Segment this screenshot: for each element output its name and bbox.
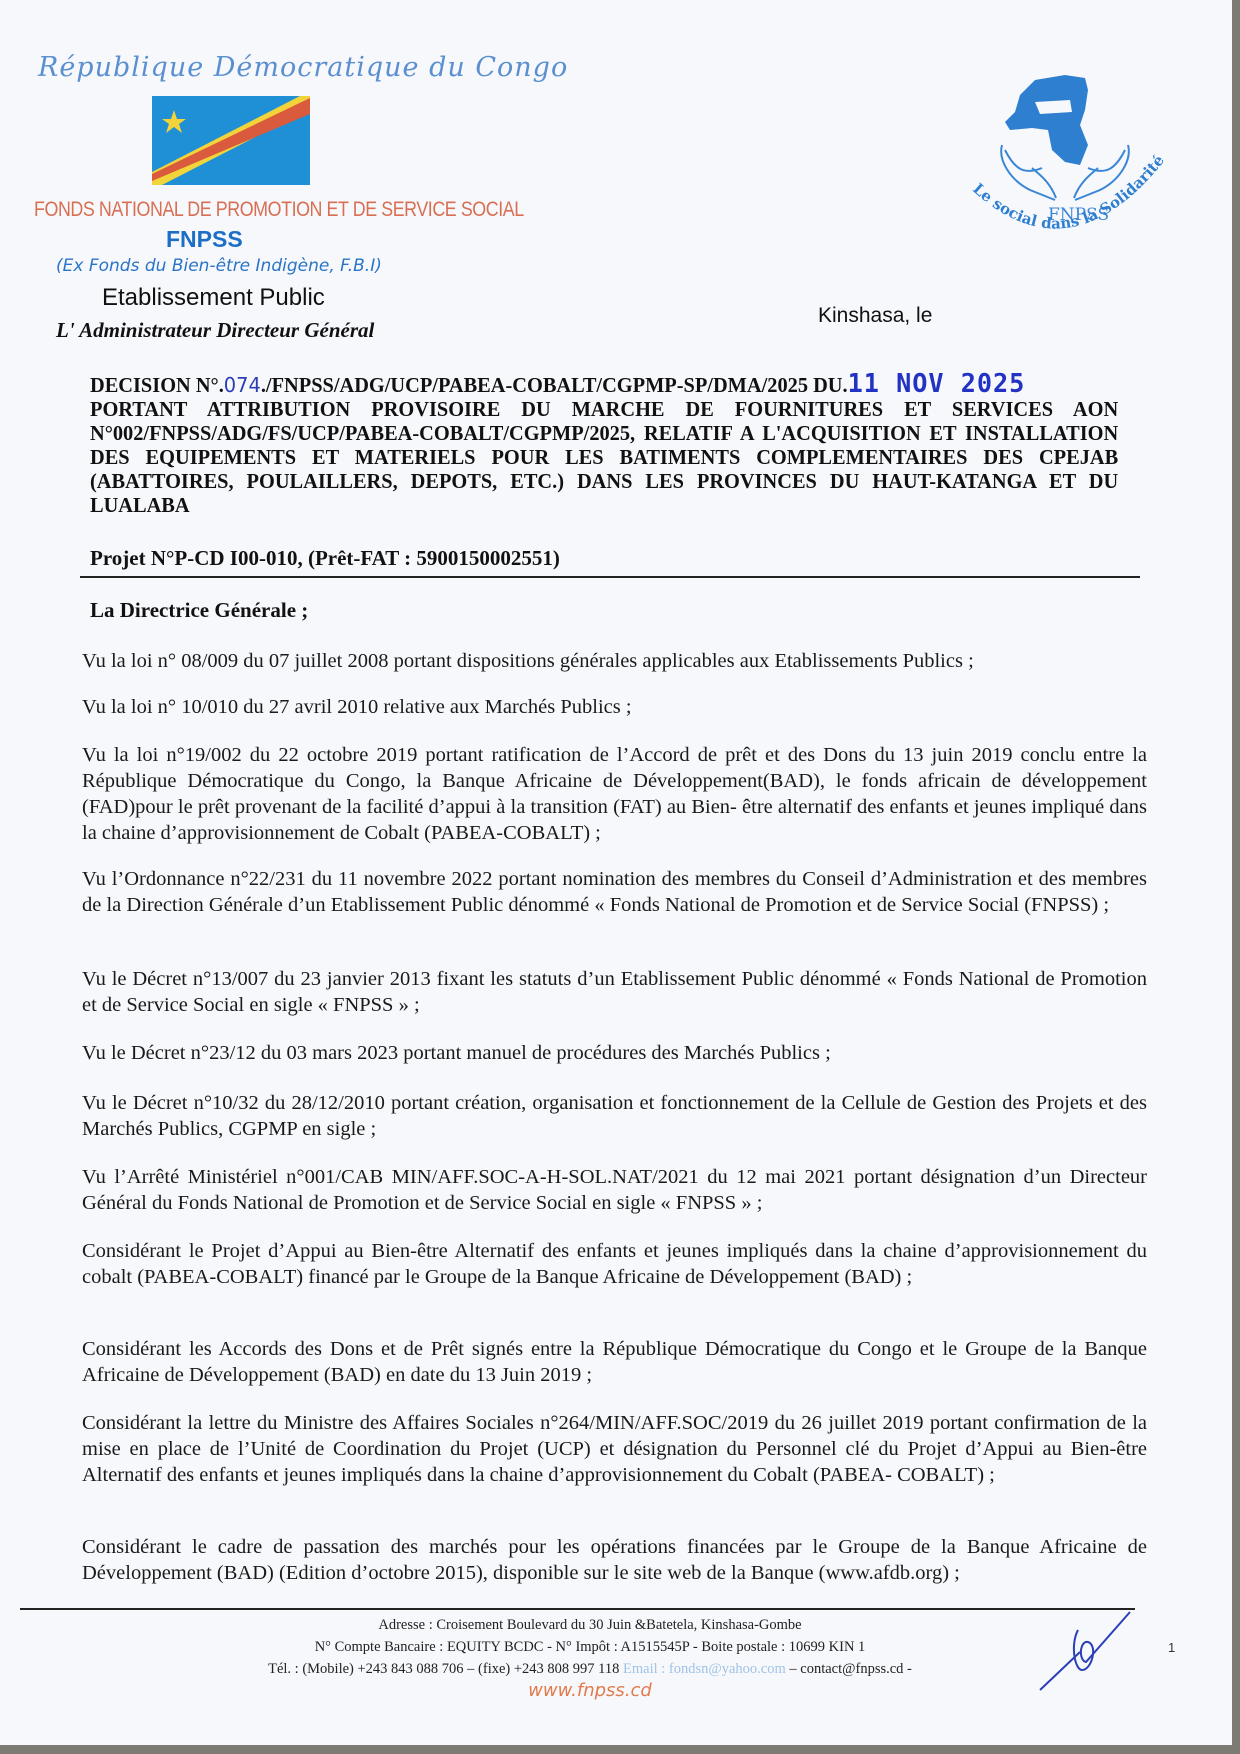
footer-contact-line: Tél. : (Mobile) +243 843 088 706 – (fixe… [180,1658,1000,1680]
decision-prefix: DECISION N°. [90,373,224,397]
footer-address: Adresse : Croisement Boulevard du 30 Jui… [180,1614,1000,1636]
paragraph: Vu la loi n° 10/010 du 27 avril 2010 rel… [82,694,1147,720]
org-acronym: FNPSS [166,226,243,253]
footer-divider [20,1608,1135,1610]
paragraph: Vu l’Arrêté Ministériel n°001/CAB MIN/AF… [82,1164,1147,1216]
org-name: FONDS NATIONAL DE PROMOTION ET DE SERVIC… [34,198,524,222]
decision-heading: DECISION N°.074./FNPSS/ADG/UCP/PABEA-COB… [90,372,1118,517]
signatory-role: L' Administrateur Directeur Général [56,318,374,343]
drc-flag-icon [152,96,310,185]
decision-number-handwritten: 074 [224,373,261,397]
org-type: Etablissement Public [102,284,325,312]
greeting: La Directrice Générale ; [90,598,308,623]
project-reference: Projet N°P-CD I00-010, (Prêt-FAT : 59001… [90,546,560,571]
city-date-label: Kinshasa, le [818,304,932,328]
paragraph: Considérant la lettre du Ministre des Af… [82,1410,1147,1488]
decision-reference-line: DECISION N°.074./FNPSS/ADG/UCP/PABEA-COB… [90,372,1118,397]
header-divider [80,576,1140,578]
paragraph: Vu l’Ordonnance n°22/231 du 11 novembre … [82,866,1147,918]
paragraph: Vu le Décret n°23/12 du 03 mars 2023 por… [82,1040,1147,1066]
signature-icon [1020,1600,1140,1710]
paragraph: Considérant le cadre de passation des ma… [82,1534,1147,1586]
date-stamp: 11 NOV 2025 [848,369,1026,399]
paragraph: Vu le Décret n°13/007 du 23 janvier 2013… [82,966,1147,1018]
decision-reference: ./FNPSS/ADG/UCP/PABEA-COBALT/CGPMP-SP/DM… [261,373,848,397]
footer-bank: N° Compte Bancaire : EQUITY BCDC - N° Im… [180,1636,1000,1658]
footer-website-link[interactable]: www.fnpss.cd [180,1680,1000,1702]
document-page: République Démocratique du Congo FONDS N… [0,0,1232,1745]
decision-title: PORTANT ATTRIBUTION PROVISOIRE DU MARCHE… [90,397,1118,517]
org-former-name: (Ex Fonds du Bien-être Indigène, F.B.I) [56,256,382,276]
footer: Adresse : Croisement Boulevard du 30 Jui… [180,1614,1000,1702]
paragraph: Vu la loi n°19/002 du 22 octobre 2019 po… [82,742,1147,846]
paragraph: Considérant les Accords des Dons et de P… [82,1336,1147,1388]
paragraph: Considérant le Projet d’Appui au Bien-êt… [82,1238,1147,1290]
svg-text:Le social dans la Solidarité: Le social dans la Solidarité [969,152,1167,233]
paragraph: Vu la loi n° 08/009 du 07 juillet 2008 p… [82,648,1147,674]
fnpss-logo-icon: FNPSS Le social dans la Solidarité [960,50,1180,250]
footer-email-link[interactable]: Email : fondsn@yahoo.com [623,1661,786,1677]
country-script-title: République Démocratique du Congo [38,52,568,83]
paragraph: Vu le Décret n°10/32 du 28/12/2010 porta… [82,1090,1147,1142]
page-number: 1 [1168,1640,1175,1655]
